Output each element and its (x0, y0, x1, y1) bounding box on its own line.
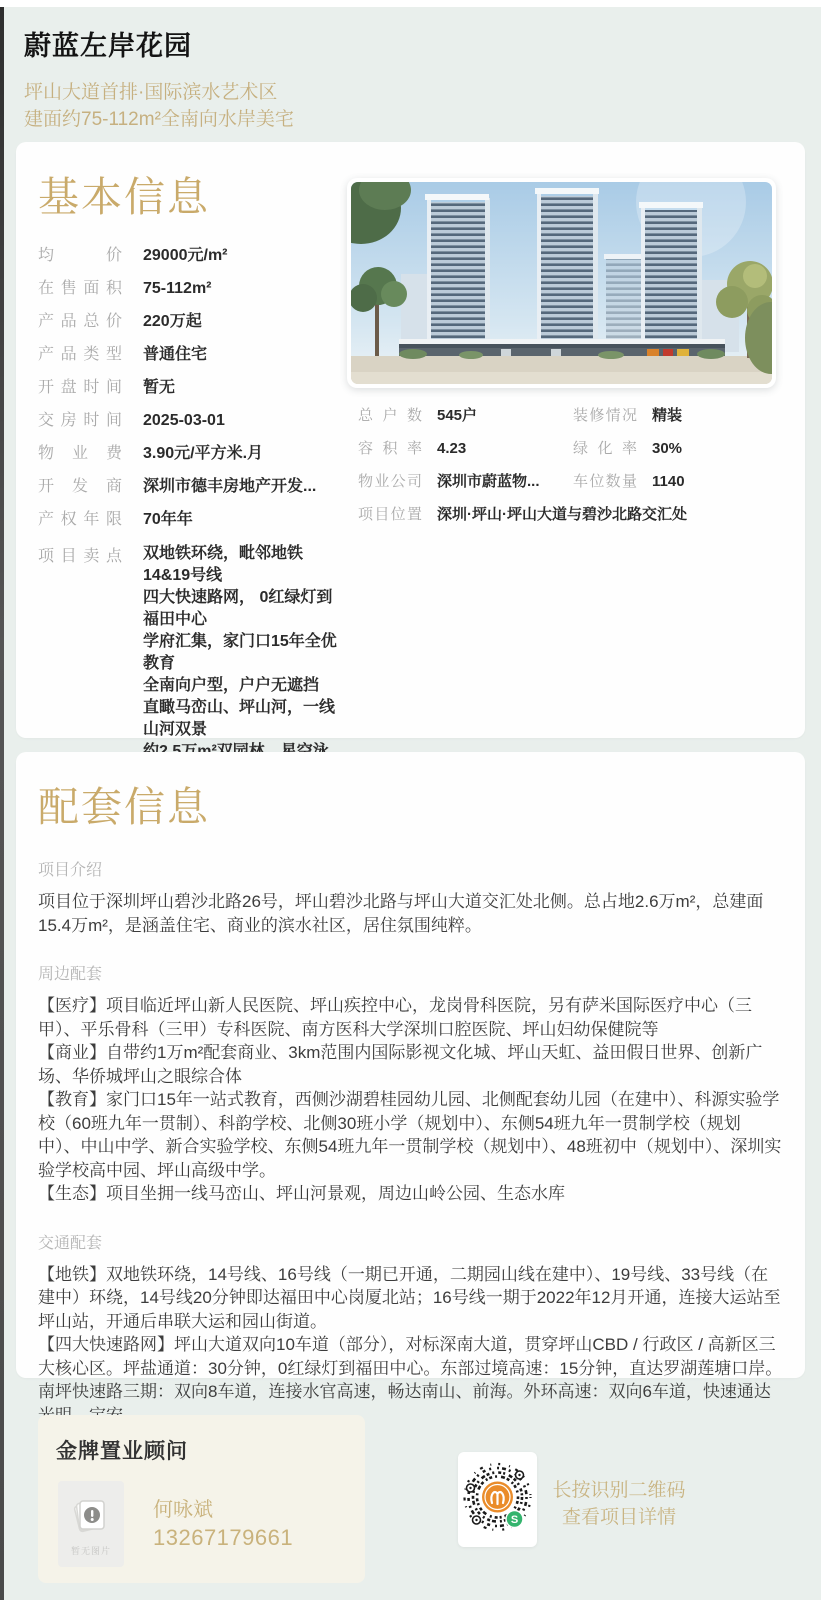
selling-point-line: 全南向户型，户户无遮挡 (143, 675, 343, 697)
intro-label: 项目介绍 (38, 857, 783, 880)
svg-text:S: S (511, 1514, 518, 1526)
traffic-label: 交通配套 (38, 1230, 783, 1253)
row-value: 30% (652, 439, 798, 458)
subtitle-line-1: 坪山大道首排·国际滨水艺术区 (24, 79, 794, 106)
selling-point-line: 学府汇集，家门口15年全优教育 (143, 631, 343, 675)
agent-card: 金牌置业顾问 暂无图片 何咏斌 13267179661 (38, 1415, 365, 1583)
intro-paragraph: 项目位于深圳坪山碧沙北路26号，坪山碧沙北路与坪山大道交汇处北侧。总占地2.6万… (38, 890, 783, 937)
row-value: 545户 (437, 406, 558, 425)
selling-point-line: 双地铁环绕，毗邻地铁14&19号线 (143, 543, 343, 587)
qr-instruction-line-1: 长按识别二维码 (543, 1477, 695, 1504)
selling-point-line: 四大快速路网， 0红绿灯到福田中心 (143, 587, 343, 631)
page-header: 蔚蓝左岸花园 坪山大道首排·国际滨水艺术区 建面约75-112m²全南向水岸美宅 (24, 24, 794, 133)
row-avg-price: 均价29000元/m² (38, 246, 343, 266)
row-product-type: 产品类型普通住宅 (38, 345, 343, 365)
row-label: 均价 (38, 246, 122, 266)
row-total-price: 产品总价220万起 (38, 312, 343, 332)
row-value: 深圳市德丰房地产开发... (143, 477, 316, 497)
row-pm-parking: 物业公司深圳市蔚蓝物... 车位数量1140 (358, 472, 798, 491)
row-delivery-date: 交房时间2025-03-01 (38, 411, 343, 431)
row-developer: 开发商深圳市德丰房地产开发... (38, 477, 343, 497)
agent-info: 何咏斌 13267179661 (153, 1497, 293, 1553)
row-value: 普通住宅 (143, 345, 207, 365)
row-label: 开发商 (38, 477, 122, 497)
agent-card-heading: 金牌置业顾问 (38, 1415, 365, 1465)
row-label: 产品总价 (38, 312, 122, 332)
nearby-paragraph-medical: 【医疗】项目临近坪山新人民医院、坪山疾控中心，龙岗骨科医院，另有萨米国际医疗中心… (38, 994, 783, 1041)
row-label: 物业费 (38, 444, 122, 464)
row-value: 29000元/m² (143, 246, 228, 266)
row-value: 精装 (652, 406, 798, 425)
basic-info-right-column: 总户数545户 装修情况精装 容积率4.23 绿化率30% 物业公司深圳市蔚蓝物… (358, 406, 798, 524)
nearby-paragraph-business: 【商业】自带约1万m²配套商业、3km范围内国际影视文化城、坪山天虹、益田假日世… (38, 1041, 783, 1088)
basic-info-card: 基本信息 均价29000元/m² 在售面积75-112m² 产品总价220万起 … (16, 142, 805, 738)
row-value: 暂无 (143, 378, 175, 398)
row-value: 深圳市蔚蓝物... (437, 472, 558, 491)
row-label: 车位数量 (573, 472, 637, 491)
row-open-date: 开盘时间暂无 (38, 378, 343, 398)
row-label: 装修情况 (573, 406, 637, 425)
row-value: 70年年 (143, 510, 193, 530)
building-rendering-image (347, 178, 776, 388)
qr-instruction-line-2: 查看项目详情 (543, 1504, 695, 1531)
row-value: 75-112m² (143, 279, 212, 299)
row-property-fee: 物业费3.90元/平方米.月 (38, 444, 343, 464)
row-label: 容积率 (358, 439, 422, 458)
row-label: 总户数 (358, 406, 422, 425)
agent-avatar-placeholder: 暂无图片 (58, 1481, 124, 1567)
row-tenure: 产权年限70年年 (38, 510, 343, 530)
row-value: 4.23 (437, 439, 558, 458)
nearby-label: 周边配套 (38, 961, 783, 984)
subtitle-line-2: 建面约75-112m²全南向水岸美宅 (24, 106, 794, 133)
row-label: 在售面积 (38, 279, 122, 299)
amenities-card: 配套信息 项目介绍 项目位于深圳坪山碧沙北路26号，坪山碧沙北路与坪山大道交汇处… (16, 752, 805, 1378)
agent-phone[interactable]: 13267179661 (153, 1523, 293, 1553)
nearby-paragraph-ecology: 【生态】项目坐拥一线马峦山、坪山河景观，周边山岭公园、生态水库 (38, 1182, 783, 1206)
row-label: 开盘时间 (38, 378, 122, 398)
row-label: 交房时间 (38, 411, 122, 431)
row-area: 在售面积75-112m² (38, 279, 343, 299)
row-value: 2025-03-01 (143, 411, 225, 431)
row-label: 产品类型 (38, 345, 122, 365)
top-white-strip (0, 0, 821, 7)
row-label: 绿化率 (573, 439, 637, 458)
nearby-paragraph-education: 【教育】家门口15年一站式教育，西侧沙湖碧桂园幼儿园、北侧配套幼儿园（在建中）、… (38, 1088, 783, 1182)
amenities-heading: 配套信息 (16, 752, 805, 833)
selling-point-line: 直瞰马峦山、坪山河，一线山河双景 (143, 697, 343, 741)
row-label: 产权年限 (38, 510, 122, 530)
photo-placeholder-icon (69, 1493, 113, 1537)
traffic-paragraph-expressway: 【四大快速路网】坪山大道双向10车道（部分），对标深南大道，贯穿坪山CBD / … (38, 1333, 783, 1427)
screenshot-left-edge (0, 7, 4, 1600)
row-value: 220万起 (143, 312, 202, 332)
qr-code[interactable]: S (458, 1452, 537, 1547)
row-location: 项目位置 深圳·坪山·坪山大道与碧沙北路交汇处 (358, 505, 798, 524)
avatar-placeholder-text: 暂无图片 (58, 1544, 124, 1557)
traffic-paragraph-metro: 【地铁】双地铁环绕，14号线、16号线（一期已开通，二期园山线在建中）、19号线… (38, 1263, 783, 1334)
row-value: 3.90元/平方米.月 (143, 444, 263, 464)
qr-instruction: 长按识别二维码 查看项目详情 (543, 1477, 695, 1531)
agent-name: 何咏斌 (153, 1497, 293, 1523)
row-plot-green: 容积率4.23 绿化率30% (358, 439, 798, 458)
page-title: 蔚蓝左岸花园 (24, 24, 794, 63)
row-units-decoration: 总户数545户 装修情况精装 (358, 406, 798, 425)
row-value: 1140 (652, 472, 798, 491)
row-label: 项目位置 (358, 505, 422, 524)
row-label: 物业公司 (358, 472, 422, 491)
row-value: 深圳·坪山·坪山大道与碧沙北路交汇处 (437, 505, 687, 524)
